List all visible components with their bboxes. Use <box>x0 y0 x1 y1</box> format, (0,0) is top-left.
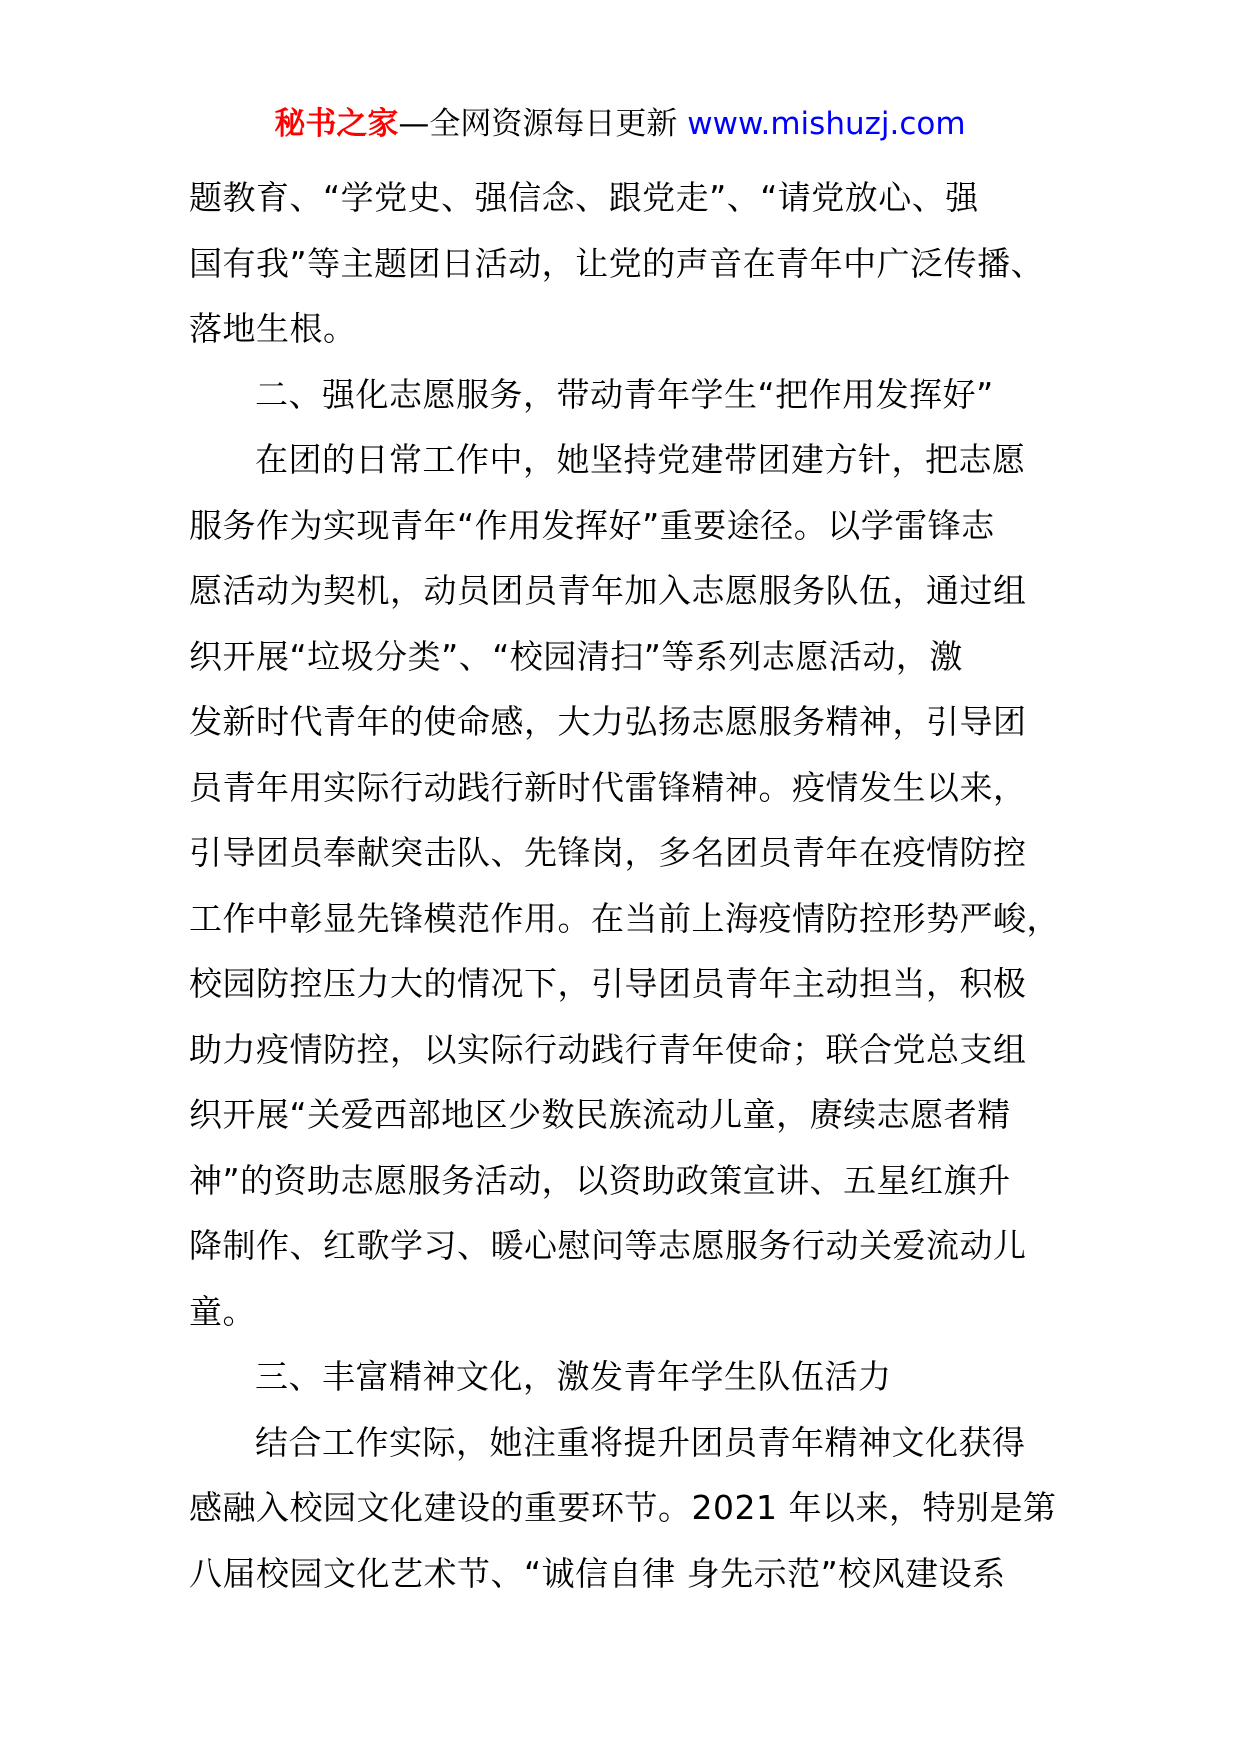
text-line: 织开展“关爱西部地区少数民族流动儿童，赓续志愿者精 <box>189 1082 1059 1148</box>
page-header: 秘书之家—全网资源每日更新 www.mishuzj.com <box>0 100 1240 148</box>
section-heading-2: 二、强化志愿服务，带动青年学生“把作用发挥好” <box>189 362 1059 428</box>
text-line: 题教育、“学党史、强信念、跟党走”、“请党放心、强 <box>189 165 1059 231</box>
text-line: 校园防控压力大的情况下，引导团员青年主动担当，积极 <box>189 951 1059 1017</box>
text-line: 织开展“垃圾分类”、“校园清扫”等系列志愿活动，激 <box>189 624 1059 690</box>
text-line: 八届校园文化艺术节、“诚信自律 身先示范”校风建设系 <box>189 1541 1059 1607</box>
brand-name: 秘书之家 <box>274 106 398 142</box>
text-line: 感融入校园文化建设的重要环节。2021 年以来，特别是第 <box>189 1475 1059 1541</box>
text-line: 国有我”等主题团日活动，让党的声音在青年中广泛传播、 <box>189 231 1059 297</box>
text-line: 神”的资助志愿服务活动，以资助政策宣讲、五星红旗升 <box>189 1148 1059 1214</box>
text-line: 工作中彰显先锋模范作用。在当前上海疫情防控形势严峻， <box>189 886 1059 952</box>
website-link[interactable]: www.mishuzj.com <box>687 106 965 142</box>
text-line: 服务作为实现青年“作用发挥好”重要途径。以学雷锋志 <box>189 493 1059 559</box>
text-line: 降制作、红歌学习、暖心慰问等志愿服务行动关爱流动儿 <box>189 1213 1059 1279</box>
text-line: 助力疫情防控，以实际行动践行青年使命；联合党总支组 <box>189 1017 1059 1083</box>
header-tagline: —全网资源每日更新 <box>398 106 687 142</box>
text-line: 员青年用实际行动践行新时代雷锋精神。疫情发生以来， <box>189 755 1059 821</box>
text-line: 童。 <box>189 1279 1059 1345</box>
text-line: 愿活动为契机，动员团员青年加入志愿服务队伍，通过组 <box>189 558 1059 624</box>
text-line: 发新时代青年的使命感，大力弘扬志愿服务精神，引导团 <box>189 689 1059 755</box>
text-line: 落地生根。 <box>189 296 1059 362</box>
document-body: 题教育、“学党史、强信念、跟党走”、“请党放心、强 国有我”等主题团日活动，让党… <box>189 165 1059 1606</box>
section-heading-3: 三、丰富精神文化，激发青年学生队伍活力 <box>189 1344 1059 1410</box>
text-line: 在团的日常工作中，她坚持党建带团建方针，把志愿 <box>189 427 1059 493</box>
text-line: 引导团员奉献突击队、先锋岗，多名团员青年在疫情防控 <box>189 820 1059 886</box>
text-line: 结合工作实际，她注重将提升团员青年精神文化获得 <box>189 1410 1059 1476</box>
